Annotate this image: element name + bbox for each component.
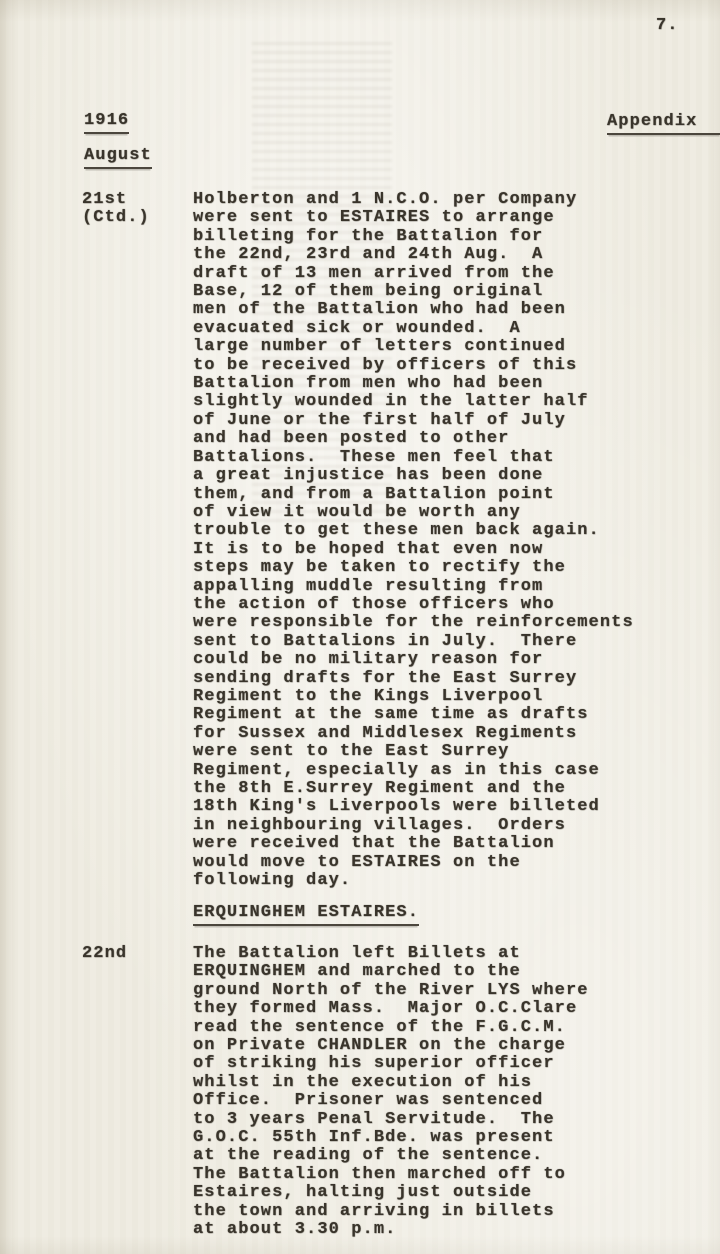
page-number: 7. bbox=[656, 17, 679, 35]
entry-date-21st: 21st (Ctd.) bbox=[82, 191, 150, 228]
entry-body-21st: Holberton and 1 N.C.O. per Company were … bbox=[193, 191, 675, 890]
year-heading: 1916 bbox=[84, 112, 129, 134]
section-heading-erquinghem-estaires: ERQUINGHEM ESTAIRES. bbox=[193, 904, 419, 926]
month-heading: August bbox=[84, 147, 152, 169]
entry-body-22nd: The Battalion left Billets at ERQUINGHEM… bbox=[193, 945, 675, 1240]
entry-date-22nd: 22nd bbox=[82, 945, 127, 963]
appendix-heading: Appendix bbox=[607, 113, 720, 135]
document-page: 7. 1916 Appendix August 21st (Ctd.) Holb… bbox=[0, 0, 720, 1254]
